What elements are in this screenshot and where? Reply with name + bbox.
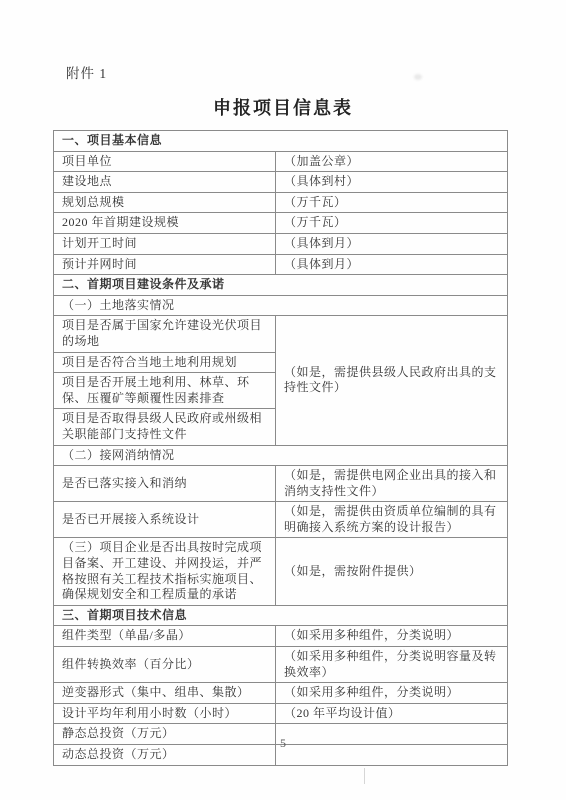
table-row: 是否已开展接入系统设计 （如是，需提供由资质单位编制的具有明确接入系统方案的设计… xyxy=(54,502,508,538)
page-title: 申报项目信息表 xyxy=(0,94,566,120)
field-label: 是否已开展接入系统设计 xyxy=(54,502,276,538)
field-value: （具体到村） xyxy=(276,172,508,193)
table-row: 建设地点 （具体到村） xyxy=(54,172,508,193)
field-label: 设计平均年利用小时数（小时） xyxy=(54,703,276,724)
field-label: 项目是否取得县级人民政府或州级相关职能部门支持性文件 xyxy=(54,409,276,445)
section2-header-row: 二、首期项目建设条件及承诺 xyxy=(54,275,508,296)
field-value: （如采用多种组件，分类说明） xyxy=(276,683,508,704)
table-row: 逆变器形式（集中、组串、集散） （如采用多种组件，分类说明） xyxy=(54,683,508,704)
land-subheader-row: （一）土地落实情况 xyxy=(54,295,508,316)
field-label: 2020 年首期建设规模 xyxy=(54,213,276,234)
field-label: 项目是否属于国家允许建设光伏项目的场地 xyxy=(54,316,276,352)
field-value: （万千瓦） xyxy=(276,192,508,213)
commitment-value: （如是，需按附件提供） xyxy=(276,538,508,605)
table-row: 项目是否属于国家允许建设光伏项目的场地 （如是，需提供县级人民政府出具的支持性文… xyxy=(54,316,508,352)
table-row: 是否已落实接入和消纳 （如是，需提供电网企业出具的接入和消纳支持性文件） xyxy=(54,466,508,502)
section1-header-row: 一、项目基本信息 xyxy=(54,131,508,152)
section-header-conditions: 二、首期项目建设条件及承诺 xyxy=(54,275,508,296)
field-value: （如采用多种组件，分类说明容量及转换效率） xyxy=(276,647,508,683)
field-label: 项目单位 xyxy=(54,151,276,172)
field-value: （20 年平均设计值） xyxy=(276,703,508,724)
section-header-technical-info: 三、首期项目技术信息 xyxy=(54,605,508,626)
field-label: 预计并网时间 xyxy=(54,254,276,275)
field-label: 组件转换效率（百分比） xyxy=(54,647,276,683)
grid-subheader-row: （二）接网消纳情况 xyxy=(54,445,508,466)
field-value: （如是，需提供由资质单位编制的具有明确接入系统方案的设计报告） xyxy=(276,502,508,538)
subsection-header-grid: （二）接网消纳情况 xyxy=(54,445,508,466)
field-label: 建设地点 xyxy=(54,172,276,193)
field-label: 计划开工时间 xyxy=(54,233,276,254)
table-row: 规划总规模 （万千瓦） xyxy=(54,192,508,213)
attachment-label: 附件 1 xyxy=(66,62,107,82)
field-value: （加盖公章） xyxy=(276,151,508,172)
table-row: 预计并网时间 （具体到月） xyxy=(54,254,508,275)
commitment-label: （三）项目企业是否出具按时完成项目备案、开工建设、并网投运，并严格按照有关工程技… xyxy=(54,538,276,605)
field-value: （万千瓦） xyxy=(276,213,508,234)
table-row: 组件转换效率（百分比） （如采用多种组件，分类说明容量及转换效率） xyxy=(54,647,508,683)
field-label: 是否已落实接入和消纳 xyxy=(54,466,276,502)
project-info-table: 一、项目基本信息 项目单位 （加盖公章） 建设地点 （具体到村） 规划总规模 （… xyxy=(53,130,508,766)
scan-smudge-artifact xyxy=(414,74,422,80)
table-row: 设计平均年利用小时数（小时） （20 年平均设计值） xyxy=(54,703,508,724)
table-row: 组件类型（单晶/多晶） （如采用多种组件，分类说明） xyxy=(54,626,508,647)
field-label: 项目是否开展土地利用、林草、环保、压覆矿等颠覆性因素排查 xyxy=(54,373,276,409)
table-row: 项目单位 （加盖公章） xyxy=(54,151,508,172)
table-row: 2020 年首期建设规模 （万千瓦） xyxy=(54,213,508,234)
land-merged-value: （如是，需提供县级人民政府出具的支持性文件） xyxy=(276,316,508,445)
field-value: （如采用多种组件，分类说明） xyxy=(276,626,508,647)
field-label: 项目是否符合当地土地利用规划 xyxy=(54,352,276,373)
section3-header-row: 三、首期项目技术信息 xyxy=(54,605,508,626)
page-number: 5 xyxy=(0,736,566,751)
field-label: 逆变器形式（集中、组串、集散） xyxy=(54,683,276,704)
table-row: 计划开工时间 （具体到月） xyxy=(54,233,508,254)
field-label: 规划总规模 xyxy=(54,192,276,213)
field-value: （具体到月） xyxy=(276,233,508,254)
field-label: 组件类型（单晶/多晶） xyxy=(54,626,276,647)
scan-line-artifact xyxy=(364,768,365,784)
commitment-row: （三）项目企业是否出具按时完成项目备案、开工建设、并网投运，并严格按照有关工程技… xyxy=(54,538,508,605)
section-header-basic-info: 一、项目基本信息 xyxy=(54,131,508,152)
document-page: 附件 1 申报项目信息表 一、项目基本信息 项目单位 （加盖公章） 建设地点 （… xyxy=(0,0,566,800)
field-value: （具体到月） xyxy=(276,254,508,275)
field-value: （如是，需提供电网企业出具的接入和消纳支持性文件） xyxy=(276,466,508,502)
subsection-header-land: （一）土地落实情况 xyxy=(54,295,508,316)
